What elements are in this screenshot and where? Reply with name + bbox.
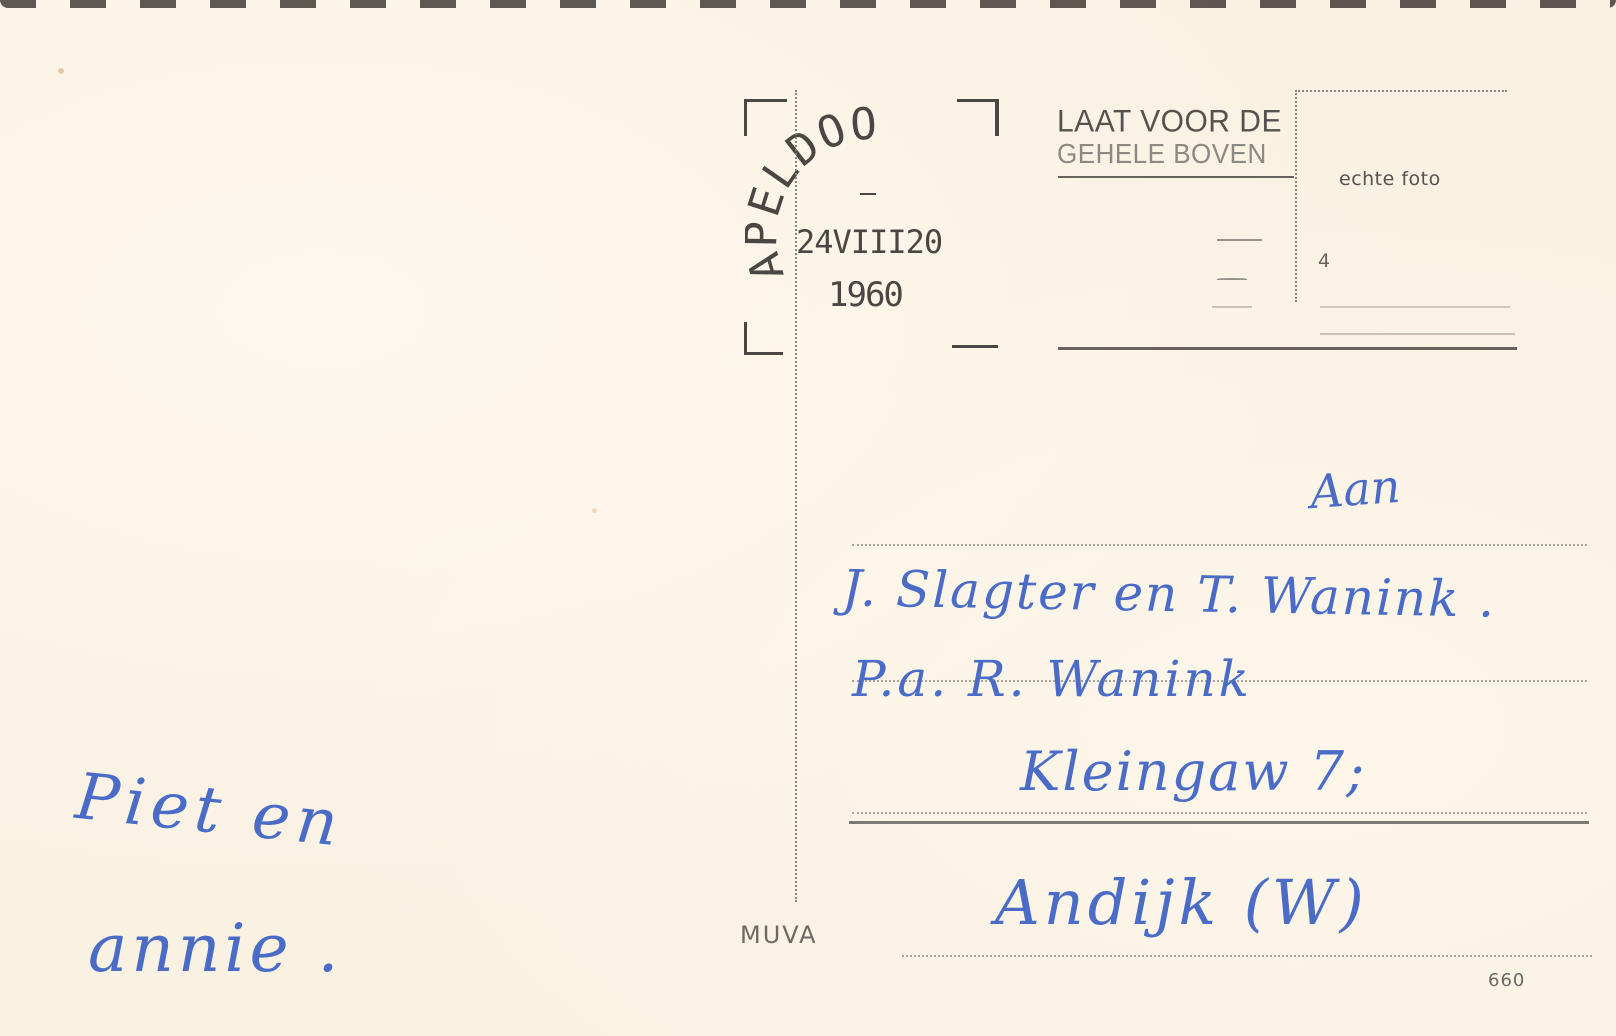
publisher-brand: MUVA (740, 921, 818, 949)
cancel-mark (1212, 306, 1252, 308)
postmark-date: 24VIII20 (796, 223, 942, 261)
address-line-4 (902, 955, 1592, 957)
card-serial: 660 (1488, 970, 1525, 991)
cancel-mark (1217, 278, 1247, 280)
handwritten-address-line-3: Kleingaw 7; (1020, 740, 1366, 803)
address-line-3 (852, 812, 1587, 814)
handwritten-address-line-4: Andijk (W) (995, 866, 1368, 939)
center-divider (795, 90, 797, 902)
slogan-line-2: GEHELE BOVEN (1057, 138, 1267, 170)
handwritten-message-line-1: Piet en (72, 760, 347, 862)
handwritten-address-line-1: J. Slagter en T. Wanink . (842, 559, 1497, 628)
cancel-mark (1320, 306, 1510, 308)
handwritten-address-line-2: P.a. R. Wanink (852, 650, 1252, 708)
stamp-number: 4 (1318, 250, 1330, 272)
cancel-line (1058, 176, 1294, 178)
address-line-1 (852, 544, 1587, 546)
slogan-line-1: LAAT VOOR DE (1057, 107, 1282, 140)
stamp-label: echte foto (1339, 168, 1441, 190)
cancel-mark (1217, 239, 1262, 241)
handwritten-message-line-2: annie . (88, 910, 343, 987)
postmark-year: 1960 (828, 275, 902, 315)
handwritten-salutation: Aan (1308, 459, 1402, 519)
cancel-mark (1320, 333, 1515, 335)
postcard-back: APELDOO 24VIII20 1960 LAAT VOOR DE GEHEL… (0, 0, 1616, 1036)
cancel-line (1058, 347, 1517, 350)
perforated-edge (0, 0, 1616, 8)
paper-stain (58, 68, 64, 74)
paper-stain (592, 508, 597, 513)
postmark-slogan: LAAT VOOR DE GEHELE BOVEN (1057, 107, 1297, 170)
address-line-solid (849, 821, 1589, 824)
postmark-dash (860, 193, 876, 195)
postmark-bracket (952, 345, 998, 348)
